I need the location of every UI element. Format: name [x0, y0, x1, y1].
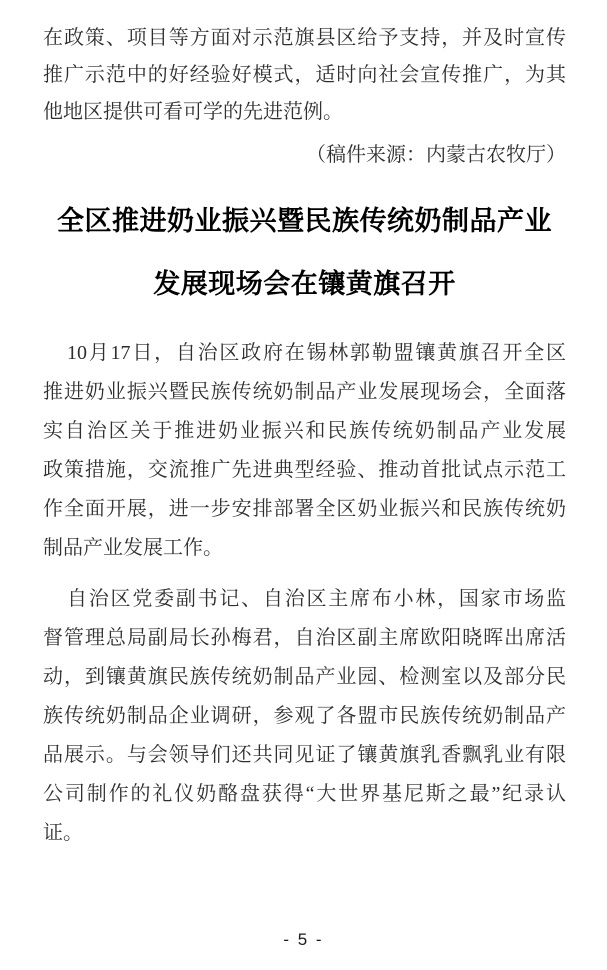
article-title: 全区推进奶业振兴暨民族传统奶制品产业发展现场会在镶黄旗召开	[43, 190, 566, 316]
paragraph-text-line: 政策措施，交流推广先进典型经验、推动首批试点示范工	[43, 451, 566, 490]
article-paragraph-2: 自治区党委副书记、自治区主席布小林，国家市场监督管理总局副局长孙梅君，自治区副主…	[43, 580, 566, 853]
paragraph-text-line: 制品产业发展工作。	[43, 529, 566, 568]
paragraph-text-line: 动，到镶黄旗民族传统奶制品产业园、检测室以及部分民	[43, 658, 566, 697]
paragraph-text-line: 公司制作的礼仪奶酪盘获得“大世界基尼斯之最”纪录认	[43, 775, 566, 814]
paragraph-text-line: 自治区党委副书记、自治区主席布小林，国家市场监	[43, 580, 566, 619]
article-title-line: 全区推进奶业振兴暨民族传统奶制品产业	[43, 190, 566, 253]
paragraph-text-line: 实自治区关于推进奶业振兴和民族传统奶制品产业发展	[43, 412, 566, 451]
paragraph-text-line: 推进奶业振兴暨民族传统奶制品产业发展现场会，全面落	[43, 373, 566, 412]
intro-text-line: 他地区提供可看可学的先进范例。	[43, 94, 566, 131]
article-title-line: 发展现场会在镶黄旗召开	[43, 253, 566, 316]
intro-text-line: 在政策、项目等方面对示范旗县区给予支持，并及时宣传	[43, 20, 566, 57]
paragraph-text-line: 族传统奶制品企业调研，参观了各盟市民族传统奶制品产	[43, 697, 566, 736]
paragraph-text-line: 证。	[43, 814, 566, 853]
intro-paragraph: 在政策、项目等方面对示范旗县区给予支持，并及时宣传推广示范中的好经验好模式，适时…	[43, 20, 566, 131]
page-number: - 5 -	[0, 930, 607, 950]
intro-text-line: 推广示范中的好经验好模式，适时向社会宣传推广，为其	[43, 57, 566, 94]
paragraph-text-line: 品展示。与会领导们还共同见证了镶黄旗乳香飘乳业有限	[43, 736, 566, 775]
paragraph-text-line: 作全面开展，进一步安排部署全区奶业振兴和民族传统奶	[43, 490, 566, 529]
paragraph-text-line: 10月17日，自治区政府在锡林郭勒盟镶黄旗召开全区	[43, 334, 566, 373]
page-content: 在政策、项目等方面对示范旗县区给予支持，并及时宣传推广示范中的好经验好模式，适时…	[0, 0, 607, 853]
article-paragraph-1: 10月17日，自治区政府在锡林郭勒盟镶黄旗召开全区推进奶业振兴暨民族传统奶制品产…	[43, 334, 566, 568]
document-page: 在政策、项目等方面对示范旗县区给予支持，并及时宣传推广示范中的好经验好模式，适时…	[0, 0, 607, 970]
paragraph-text-line: 督管理总局副局长孙梅君，自治区副主席欧阳晓晖出席活	[43, 619, 566, 658]
source-credit: （稿件来源：内蒙古农牧厅）	[43, 137, 566, 174]
